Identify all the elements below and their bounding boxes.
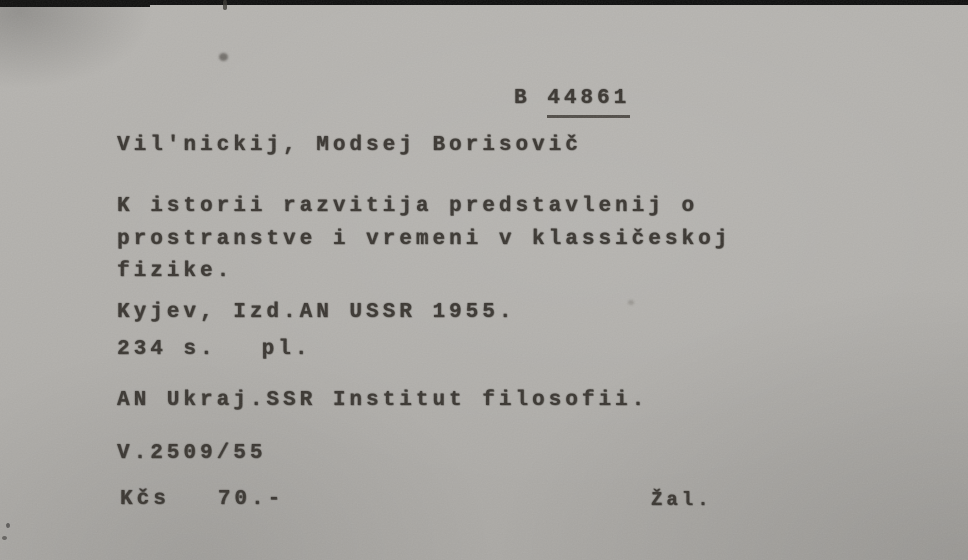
title-line-2: prostranstve i vremeni v klassičeskoj	[117, 227, 731, 253]
library-catalog-card-scan: B 44861 Vil'nickij, Modsej Borisovič K i…	[0, 0, 968, 560]
corporate-line: AN Ukraj.SSR Institut filosofii.	[117, 388, 648, 414]
call-number-space	[531, 87, 548, 110]
price-line: Kčs70.-	[120, 487, 284, 513]
accession-number: V.2509/55	[117, 441, 266, 467]
ink-speck	[6, 523, 10, 528]
price-currency: Kčs	[120, 488, 170, 511]
title-line-3: fizike.	[117, 259, 233, 285]
collation-line: 234 s.pl.	[117, 337, 311, 363]
ink-speck	[219, 53, 228, 61]
call-number-prefix: B	[514, 87, 531, 110]
title-line-1: K istorii razvitija predstavlenij o	[117, 194, 698, 220]
call-number: B 44861	[514, 86, 630, 112]
ink-speck	[2, 536, 7, 540]
price-amount: 70.-	[218, 488, 284, 511]
cataloguer-initials: Žal.	[651, 489, 713, 513]
scan-border-top-left	[0, 0, 150, 7]
ink-speck	[628, 300, 634, 305]
author-line: Vil'nickij, Modsej Borisovič	[117, 133, 582, 159]
collation-binding: pl.	[262, 338, 312, 361]
call-number-digits: 44861	[547, 87, 630, 118]
imprint-line: Kyjev, Izd.AN USSR 1955.	[117, 300, 515, 326]
ink-speck	[223, 0, 227, 10]
collation-extent: 234 s.	[117, 338, 217, 361]
